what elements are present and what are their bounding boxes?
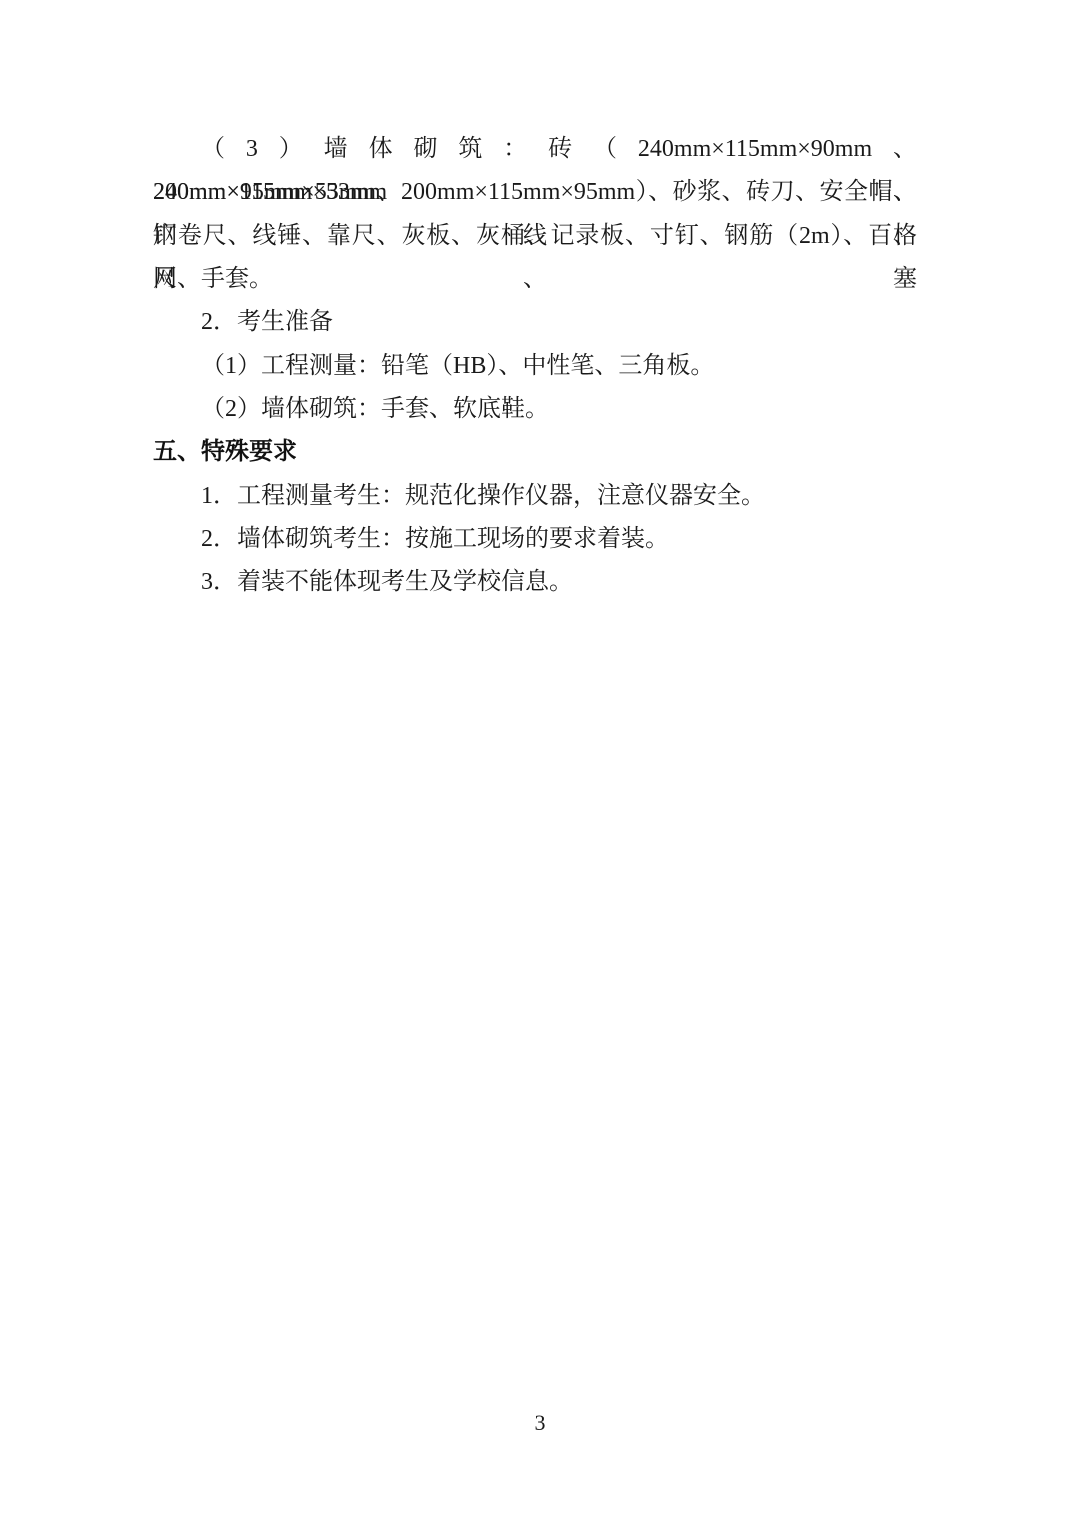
paragraph-masonry-materials-line-3: 钢卷尺、线锤、靠尺、灰板、灰桶、记录板、寸钉、钢筋（2m）、百格网、塞 xyxy=(153,215,917,258)
document-page: （3）墙体砌筑：砖（240mm×115mm×90mm、240mm×115mm×5… xyxy=(0,0,1080,1527)
section-heading-special-requirements: 五、特殊要求 xyxy=(153,431,917,474)
list-item-requirement-3: 3．着装不能体现考生及学校信息。 xyxy=(153,561,917,604)
list-item-prep-engineering-survey: （1）工程测量：铅笔（HB）、中性笔、三角板。 xyxy=(153,345,917,388)
paragraph-masonry-materials-line-1: （3）墙体砌筑：砖（240mm×115mm×90mm、240mm×115mm×5… xyxy=(153,128,917,171)
paragraph-masonry-materials-line-2: 200mm×95mm×53mm、200mm×115mm×95mm）、砂浆、砖刀、… xyxy=(153,171,917,214)
list-item-prep-wall-masonry: （2）墙体砌筑：手套、软底鞋。 xyxy=(153,388,917,431)
list-item-requirement-2: 2．墙体砌筑考生：按施工现场的要求着装。 xyxy=(153,518,917,561)
list-item-requirement-1: 1．工程测量考生：规范化操作仪器，注意仪器安全。 xyxy=(153,475,917,518)
document-body: （3）墙体砌筑：砖（240mm×115mm×90mm、240mm×115mm×5… xyxy=(153,128,917,605)
list-item-candidate-prep: 2．考生准备 xyxy=(153,301,917,344)
page-number: 3 xyxy=(0,1408,1080,1438)
